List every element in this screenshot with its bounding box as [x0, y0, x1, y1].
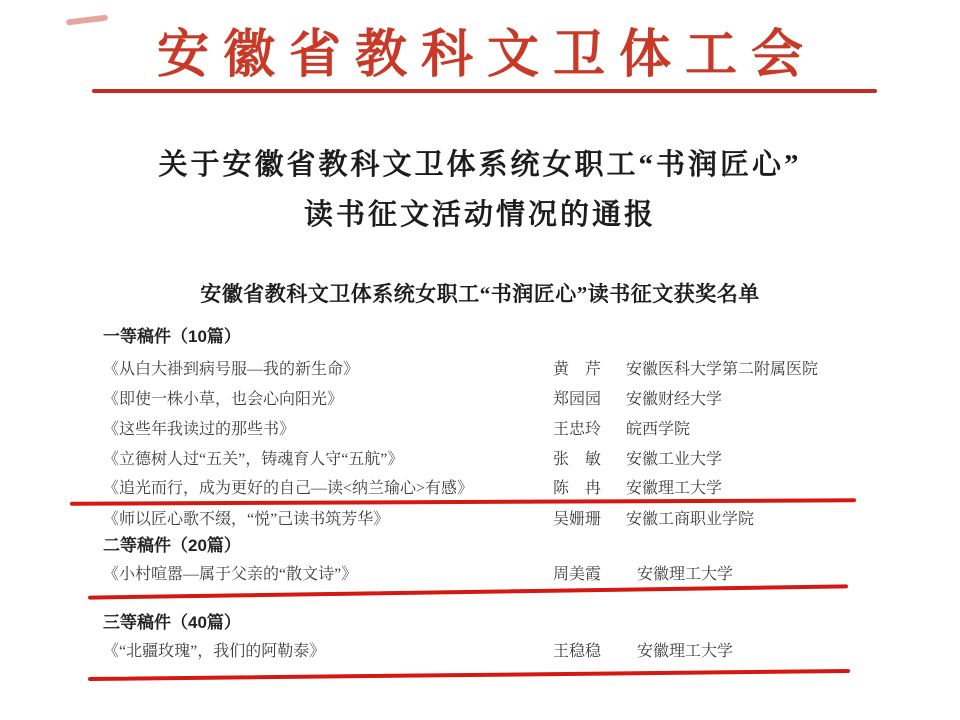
entry-author: 王稳稳 — [553, 641, 601, 663]
red-underline-2 — [88, 584, 848, 599]
section-heading-second-prize: 二等稿件（20篇） — [103, 535, 241, 556]
entry-author: 王忠玲 — [553, 419, 601, 441]
red-underline-3 — [88, 669, 850, 680]
entry-organization: 皖西学院 — [626, 419, 690, 441]
notice-document-page: 安徽省教科文卫体工会 关于安徽省教科文卫体系统女职工“书润匠心” 读书征文活动情… — [0, 0, 960, 720]
entry-title: 《从白大褂到病号服—我的新生命》 — [103, 359, 359, 381]
entry-row: 《从白大褂到病号服—我的新生命》 黄 芹 安徽医科大学第二附属医院 — [103, 359, 893, 381]
entry-organization: 安徽医科大学第二附属医院 — [626, 359, 818, 381]
entry-organization: 安徽理工大学 — [637, 641, 733, 663]
entry-organization: 安徽工业大学 — [626, 449, 722, 471]
entry-row: 《追光而行，成为更好的自己—读<纳兰瑜心>有感》 陈 冉 安徽理工大学 — [103, 478, 893, 500]
award-list-title: 安徽省教科文卫体系统女职工“书润匠心”读书征文获奖名单 — [0, 282, 960, 307]
entry-row: 《这些年我读过的那些书》 王忠玲 皖西学院 — [103, 419, 893, 441]
entry-title: 《“北疆玫瑰”，我们的阿勒泰》 — [103, 641, 325, 663]
entry-organization: 安徽理工大学 — [626, 478, 722, 500]
entry-author: 黄 芹 — [553, 359, 601, 381]
scan-artifact-mark — [66, 14, 108, 25]
entry-row: 《师以匠心歌不缀，“悦”己读书筑芳华》 吴姗珊 安徽工商职业学院 — [103, 509, 893, 531]
letterhead-org-title: 安徽省教科文卫体工会 — [0, 28, 960, 84]
section-heading-third-prize: 三等稿件（40篇） — [103, 612, 241, 633]
entry-row: 《立德树人过“五关”，铸魂育人守“五航”》 张 敏 安徽工业大学 — [103, 449, 893, 471]
notice-title-line1: 关于安徽省教科文卫体系统女职工“书润匠心” — [0, 148, 960, 182]
entry-row: 《“北疆玫瑰”，我们的阿勒泰》 王稳稳 安徽理工大学 — [103, 641, 893, 663]
entry-title: 《小村喧嚣—属于父亲的“散文诗”》 — [103, 564, 357, 586]
entry-organization: 安徽财经大学 — [626, 389, 722, 411]
entry-author: 周美霞 — [553, 564, 601, 586]
letterhead-rule — [92, 89, 877, 93]
entry-organization: 安徽理工大学 — [637, 564, 733, 586]
entry-row: 《小村喧嚣—属于父亲的“散文诗”》 周美霞 安徽理工大学 — [103, 564, 893, 586]
entry-author: 张 敏 — [553, 449, 601, 471]
entry-title: 《追光而行，成为更好的自己—读<纳兰瑜心>有感》 — [103, 478, 473, 500]
entry-author: 吴姗珊 — [553, 509, 601, 531]
entry-title: 《立德树人过“五关”，铸魂育人守“五航”》 — [103, 449, 403, 471]
entry-author: 陈 冉 — [553, 478, 601, 500]
entry-title: 《师以匠心歌不缀，“悦”己读书筑芳华》 — [103, 509, 389, 531]
section-heading-first-prize: 一等稿件（10篇） — [103, 326, 241, 347]
entry-organization: 安徽工商职业学院 — [626, 509, 754, 531]
entry-title: 《即使一株小草，也会心向阳光》 — [103, 389, 343, 411]
notice-title-line2: 读书征文活动情况的通报 — [0, 198, 960, 232]
entry-title: 《这些年我读过的那些书》 — [103, 419, 295, 441]
entry-author: 郑园园 — [553, 389, 601, 411]
entry-row: 《即使一株小草，也会心向阳光》 郑园园 安徽财经大学 — [103, 389, 893, 411]
